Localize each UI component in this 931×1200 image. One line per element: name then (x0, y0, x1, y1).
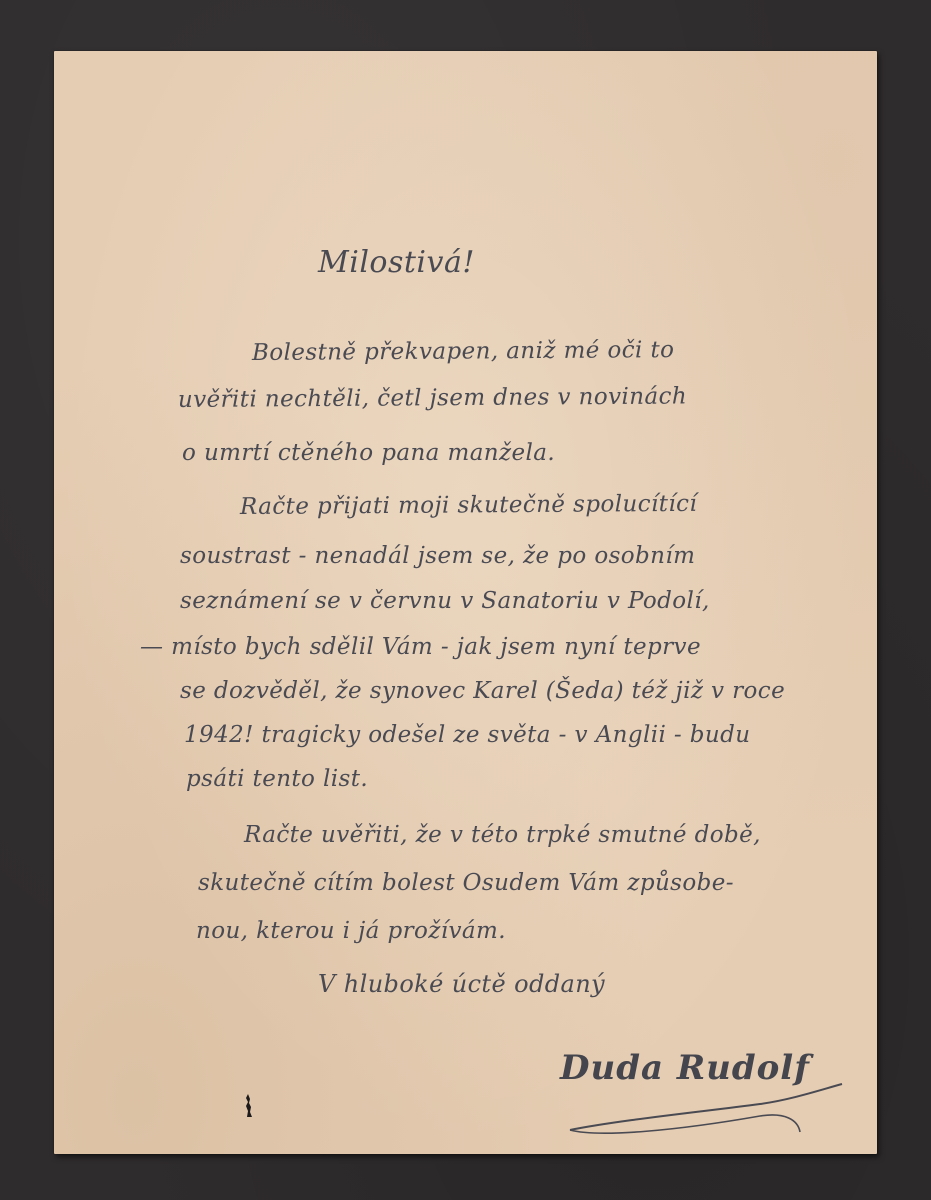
paper-tear-mark (244, 1093, 253, 1119)
salutation: Milostivá! (318, 248, 475, 278)
letter-line: se dozvěděl, že synovec Karel (Šeda) též… (180, 680, 785, 703)
letter-line: 1942! tragicky odešel ze světa - v Angli… (184, 724, 750, 747)
letter-line: psáti tento list. (186, 768, 368, 791)
letter-line: Bolestně překvapen, aniž mé oči to (252, 339, 675, 365)
letter-line: soustrast - nenadál jsem se, že po osobn… (180, 545, 695, 568)
letter-line: nou, kterou i já prožívám. (196, 920, 506, 943)
letter-line: o umrtí ctěného pana manžela. (182, 442, 555, 465)
letter-line: Račte uvěřiti, že v této trpké smutné do… (244, 824, 761, 847)
letter-line: skutečně cítím bolest Osudem Vám způsobe… (198, 872, 734, 895)
signature-flourish (560, 1060, 850, 1140)
closing-phrase: V hluboké úctě oddaný (318, 972, 605, 996)
letter-line: seznámení se v červnu v Sanatoriu v Podo… (180, 590, 710, 613)
letter-line: uvěřiti nechtěli, četl jsem dnes v novin… (178, 385, 687, 412)
letter-line: — místo bych sdělil Vám - jak jsem nyní … (140, 636, 701, 659)
letter-line: Račte přijati moji skutečně spolucítící (240, 493, 697, 519)
